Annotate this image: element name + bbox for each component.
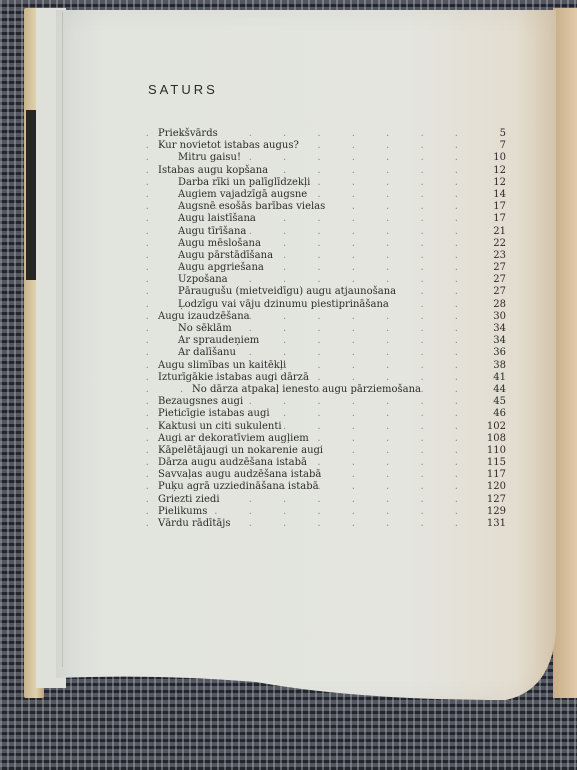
toc-entry: Kur novietot istabas augus?. . . . . . .…	[172, 140, 506, 152]
leader-dots: . . . . . . . . . .	[146, 396, 472, 408]
leader-dots: . . . . . . . . . .	[146, 177, 472, 189]
leader-dots: . . . . . . . . . .	[146, 152, 472, 164]
toc-entry-page: 7	[500, 140, 506, 152]
toc-entry: Izturīgākie istabas augi dārzā. . . . . …	[172, 372, 506, 384]
toc-entry-page: 44	[493, 384, 506, 396]
toc-entry: Ar spraudeņiem. . . . . . . . . .34	[172, 335, 506, 347]
toc-entry-page: 34	[493, 335, 506, 347]
toc-entry-page: 115	[487, 457, 506, 469]
toc-entry: Augsnē esošās barības vielas. . . . . . …	[172, 201, 506, 213]
toc-entry: Augu laistīšana. . . . . . . . . .17	[172, 213, 506, 225]
toc-entry: Vārdu rādītājs. . . . . . . . . .131	[172, 518, 506, 530]
toc-entry: Kāpelētājaugi un nokarenie augi. . . . .…	[172, 445, 506, 457]
leader-dots: . . . . . . . . . .	[146, 360, 472, 372]
toc-entry-page: 27	[493, 286, 506, 298]
toc-entry-page: 5	[500, 128, 506, 140]
leader-dots: . . . . . . . . . .	[146, 274, 472, 286]
leader-dots: . . . . . . . . . .	[146, 238, 472, 250]
toc-entry-page: 127	[487, 494, 506, 506]
toc-entry: Augu tīrīšana. . . . . . . . . .21	[172, 226, 506, 238]
toc-entry-page: 131	[487, 518, 506, 530]
toc-entry-page: 41	[493, 372, 506, 384]
leader-dots: . . . . . . . . . .	[146, 481, 472, 493]
page-title: SATURS	[148, 82, 218, 97]
toc-entry: Augi ar dekoratīviem augļiem. . . . . . …	[172, 433, 506, 445]
toc-entry: Dārza augu audzēšana istabā. . . . . . .…	[172, 457, 506, 469]
toc-entry: Augu izaudzēšana. . . . . . . . . .30	[172, 311, 506, 323]
leader-dots: . . . . . . . . . .	[146, 469, 472, 481]
toc-entry-page: 46	[493, 408, 506, 420]
toc-entry: Kaktusi un citi sukulenti. . . . . . . .…	[172, 421, 506, 433]
leader-dots: . . . . . . . . . .	[146, 128, 472, 140]
toc-entry: Augu pārstādīšana. . . . . . . . . .23	[172, 250, 506, 262]
toc-entry-page: 102	[487, 421, 506, 433]
page-fold-line	[62, 12, 63, 667]
toc-entry: Augiem vajadzīgā augsne. . . . . . . . .…	[172, 189, 506, 201]
toc-entry-page: 27	[493, 262, 506, 274]
toc-entry: Ar dalīšanu. . . . . . . . . .36	[172, 347, 506, 359]
leader-dots: . . . . . . . . . .	[146, 286, 472, 298]
toc-entry: Pieticīgie istabas augi. . . . . . . . .…	[172, 408, 506, 420]
toc-entry: No sēklām. . . . . . . . . .34	[172, 323, 506, 335]
toc-entry-page: 23	[493, 250, 506, 262]
toc-entry-page: 12	[493, 177, 506, 189]
toc-entry-page: 10	[493, 152, 506, 164]
toc-entry-page: 38	[493, 360, 506, 372]
leader-dots: . . . . . . . . . .	[146, 445, 472, 457]
toc-entry: Ļodzīgu vai vāju dzinumu piestiprināšana…	[172, 299, 506, 311]
toc-entry-page: 34	[493, 323, 506, 335]
toc-entry-page: 45	[493, 396, 506, 408]
leader-dots: . . . . . . . . . .	[146, 250, 472, 262]
leader-dots: . . . . . . . . . .	[146, 494, 472, 506]
leader-dots: . . . . . . . . . .	[146, 518, 472, 530]
leader-dots: . . . . . . . . . .	[146, 323, 472, 335]
leader-dots: . . . . . . . . . .	[146, 421, 472, 433]
toc-entry: Augu slimības un kaitēkļi. . . . . . . .…	[172, 360, 506, 372]
toc-entry: Darba rīki un palīglīdzekļi. . . . . . .…	[172, 177, 506, 189]
toc-entry: No dārza atpakaļ ienesto augu pārziemoša…	[172, 384, 506, 396]
toc-entry: Pāraugušu (mietveidīgu) augu atjaunošana…	[172, 286, 506, 298]
leader-dots: . . . . . . . . . .	[146, 140, 472, 152]
toc-entry: Griezti ziedi. . . . . . . . . .127	[172, 494, 506, 506]
toc-entry-page: 120	[487, 481, 506, 493]
leader-dots: . . . . . . . . . .	[146, 433, 472, 445]
leader-dots: . . . . . . . . . .	[146, 408, 472, 420]
leader-dots: . . . . . . . . . .	[146, 506, 472, 518]
leader-dots: . . . . . . . . . .	[146, 201, 472, 213]
leader-dots: . . . . . . . . . .	[146, 213, 472, 225]
leader-dots: . . . . . . . . . .	[146, 299, 472, 311]
toc-entry-page: 28	[493, 299, 506, 311]
toc-entry: Uzpošana. . . . . . . . . .27	[172, 274, 506, 286]
toc-entry-page: 117	[487, 469, 506, 481]
toc-entry: Bezaugsnes augi. . . . . . . . . .45	[172, 396, 506, 408]
toc-entry-page: 108	[487, 433, 506, 445]
toc-entry-page: 22	[493, 238, 506, 250]
toc-entry-page: 12	[493, 165, 506, 177]
toc-entry-page: 36	[493, 347, 506, 359]
toc-entry: Istabas augu kopšana. . . . . . . . . .1…	[172, 165, 506, 177]
toc-entry-page: 129	[487, 506, 506, 518]
leader-dots: . . . . . . . . . .	[146, 189, 472, 201]
toc-entry: Augu mēslošana. . . . . . . . . .22	[172, 238, 506, 250]
table-of-contents: Priekšvārds. . . . . . . . . .5Kur novie…	[172, 128, 506, 530]
toc-entry: Mitru gaisu!. . . . . . . . . .10	[172, 152, 506, 164]
toc-entry: Puķu agrā uzziedināšana istabā. . . . . …	[172, 481, 506, 493]
toc-entry-page: 30	[493, 311, 506, 323]
leader-dots: . . . . . . . . . .	[146, 226, 472, 238]
toc-entry: Augu apgriešana. . . . . . . . . .27	[172, 262, 506, 274]
leader-dots: . . . . . . . . . .	[146, 384, 472, 396]
toc-entry-page: 27	[493, 274, 506, 286]
toc-entry-page: 21	[493, 226, 506, 238]
toc-entry-page: 17	[493, 213, 506, 225]
leader-dots: . . . . . . . . . .	[146, 165, 472, 177]
facing-page-edge	[553, 8, 577, 698]
toc-entry: Priekšvārds. . . . . . . . . .5	[172, 128, 506, 140]
toc-entry: Savvaļas augu audzēšana istabā. . . . . …	[172, 469, 506, 481]
leader-dots: . . . . . . . . . .	[146, 457, 472, 469]
toc-entry-page: 17	[493, 201, 506, 213]
leader-dots: . . . . . . . . . .	[146, 347, 472, 359]
leader-dots: . . . . . . . . . .	[146, 262, 472, 274]
leader-dots: . . . . . . . . . .	[146, 335, 472, 347]
toc-entry: Pielikums. . . . . . . . . .129	[172, 506, 506, 518]
toc-entry-page: 110	[487, 445, 506, 457]
leader-dots: . . . . . . . . . .	[146, 372, 472, 384]
toc-entry-page: 14	[493, 189, 506, 201]
leader-dots: . . . . . . . . . .	[146, 311, 472, 323]
cover-dark-strip	[26, 110, 36, 280]
